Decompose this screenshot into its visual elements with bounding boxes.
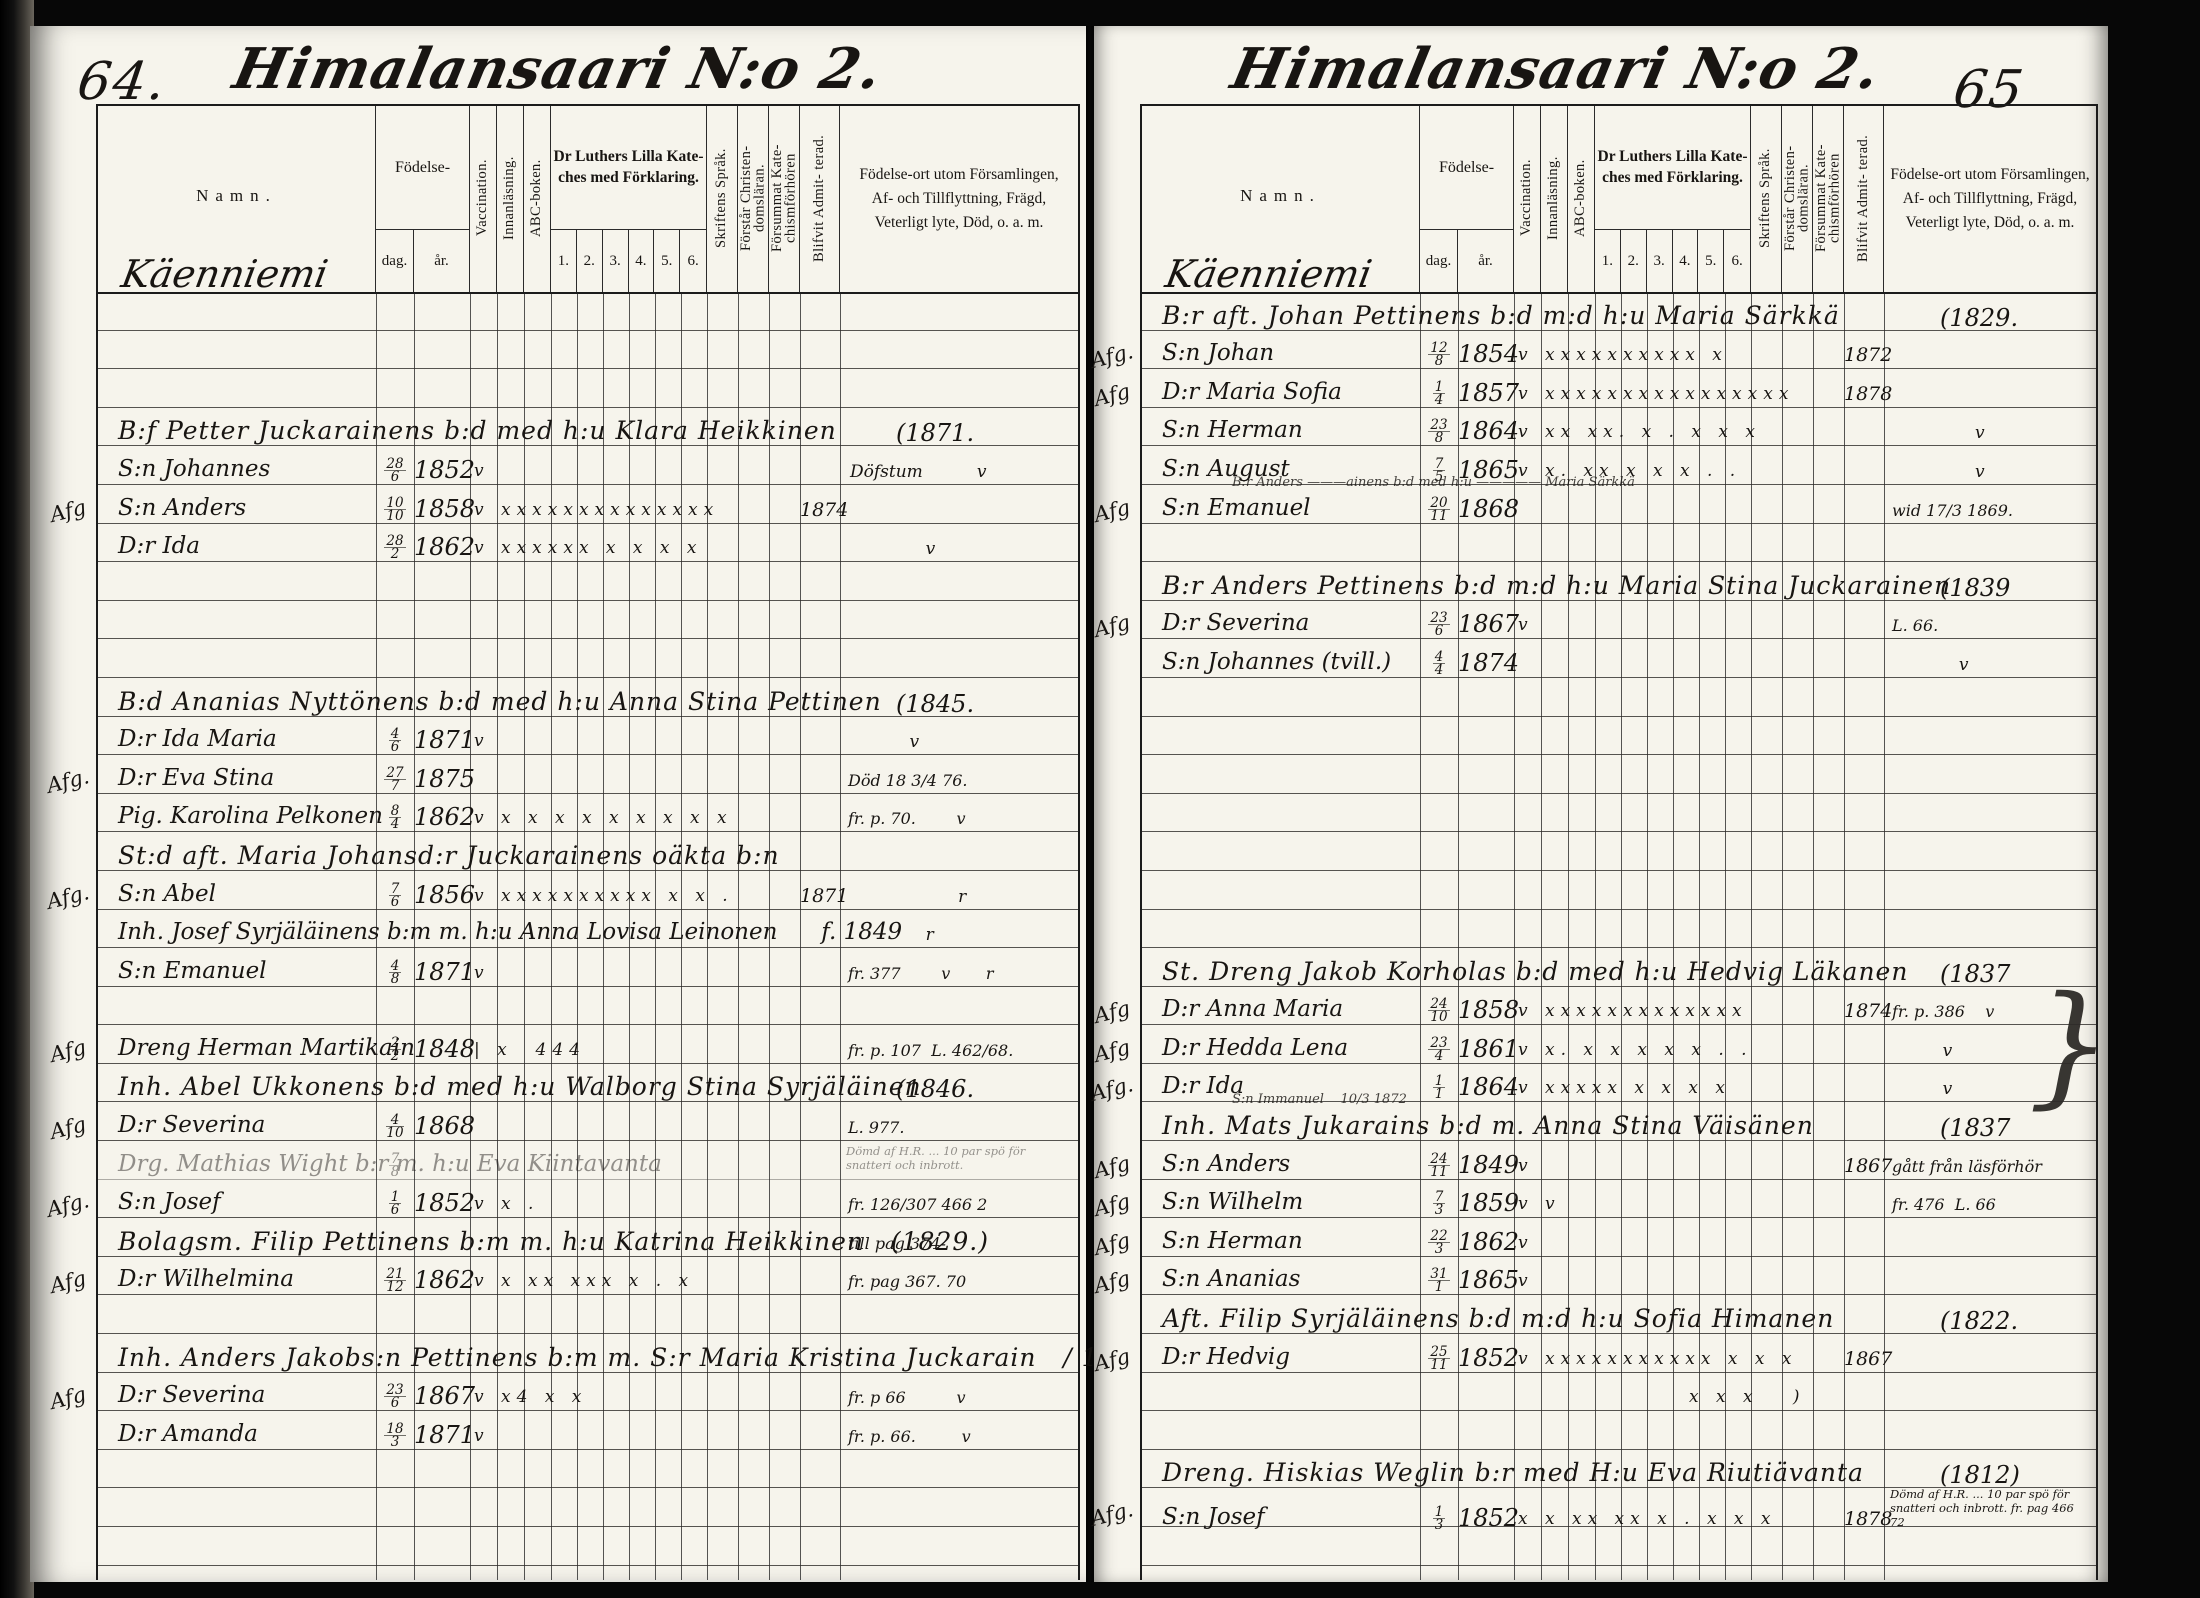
register-row bbox=[98, 987, 1078, 1026]
name-cell: S:n Johannes bbox=[98, 456, 376, 484]
header-kateches: Dr Luthers Lilla Kate-ches med Förklarin… bbox=[1595, 106, 1751, 292]
name-cell: S:n Anders bbox=[1142, 1151, 1420, 1179]
register-row bbox=[98, 1527, 1078, 1566]
register-row bbox=[98, 1566, 1078, 1598]
remarks-cell: (1822. bbox=[1884, 1310, 2096, 1333]
family-head-row: Bolagsm. Filip Pettinens b:m m. h:u Katr… bbox=[98, 1218, 1078, 1257]
remarks-cell: v bbox=[1884, 1078, 2096, 1101]
birth-year-cell: 1856 bbox=[414, 882, 470, 909]
admitted-year-cell: 1871 bbox=[800, 884, 840, 909]
birth-year-cell: 1854 bbox=[1458, 341, 1514, 368]
register-row: Pig. Karolina Pelkonen841862v x x x x x … bbox=[98, 794, 1078, 833]
remarks-cell: v bbox=[840, 538, 1078, 561]
table-body-left: B:f Petter Juckarainens b:d med h:u Klar… bbox=[98, 292, 1078, 1580]
register-row bbox=[98, 601, 1078, 640]
register-row: AfgS:n Emanuel20111868wid 17/3 1869.B:r … bbox=[1142, 485, 2096, 524]
remarks-cell: (1846. bbox=[840, 1078, 1078, 1101]
interline-note: S:n Immanuel 10/3 1872 bbox=[1232, 1092, 1407, 1107]
remarks-cell: L. 66. bbox=[1884, 615, 2096, 638]
name-cell: D:r Severina bbox=[1142, 610, 1420, 638]
admitted-year-cell: 1867 bbox=[1844, 1347, 1884, 1372]
register-row: S:n Emanuel481871vfr. 377 v r bbox=[98, 948, 1078, 987]
birth-day-cell: 236 bbox=[1420, 612, 1458, 638]
margin-note: Afg. bbox=[40, 763, 96, 799]
catechism-marks-cell: v bbox=[470, 961, 738, 986]
remarks-cell: fr. pag 367. 70 bbox=[840, 1271, 1078, 1294]
header-innanlasning: Innanläsning. bbox=[497, 106, 524, 292]
remarks-cell: fr. p. 386 v bbox=[1884, 1001, 2096, 1024]
page-title-left: Himalansaari N:o 2. bbox=[23, 36, 1093, 102]
catechism-marks-cell: v bbox=[470, 729, 738, 754]
interline-note: B:r Anders ———ainens b:d med h:u ————— M… bbox=[1232, 475, 1635, 490]
header-dag: dag. bbox=[1420, 230, 1458, 292]
admitted-year-cell: 1874 bbox=[800, 498, 840, 523]
register-row bbox=[1142, 1527, 2096, 1566]
register-row: AfgD:r Anna Maria24101858v xxxxxxxxxxxxx… bbox=[1142, 987, 2096, 1026]
header-namn: Namn. Käenniemi bbox=[1142, 106, 1420, 292]
birth-year-cell: 1871 bbox=[414, 959, 470, 986]
register-row: D:r Ida2821862v xxxxxx x x x x v bbox=[98, 524, 1078, 563]
name-cell: St. Dreng Jakob Korholas b:d med h:u Hed… bbox=[1142, 958, 1751, 986]
birth-year-cell: 1859 bbox=[1458, 1190, 1514, 1217]
name-cell: Drg. Mathias Wight b:r m. h:u Eva Kiinta… bbox=[98, 1151, 376, 1179]
remarks-cell: (1812) bbox=[1884, 1464, 2096, 1487]
name-cell: D:r Eva Stina bbox=[98, 765, 376, 793]
header-forstar: Förstår Christen- domsläran. bbox=[738, 106, 769, 292]
register-row bbox=[1142, 794, 2096, 833]
birth-year-cell: 1862 bbox=[414, 534, 470, 561]
remarks-cell: L. 977. bbox=[840, 1117, 1078, 1140]
birth-year-cell: 1875 bbox=[414, 766, 470, 793]
register-row: AfgS:n Herman2231862v bbox=[1142, 1218, 2096, 1257]
remarks-cell: wid 17/3 1869. bbox=[1884, 500, 2096, 523]
catechism-marks-cell: v xxxxxx x x x x bbox=[470, 536, 738, 561]
header-ar: år. bbox=[414, 230, 469, 292]
catechism-marks-cell: v xxxxxxxxxx x bbox=[1514, 343, 1782, 368]
catechism-marks-cell: v xxxxxxxxxxxxxxxx bbox=[1514, 382, 1782, 407]
name-cell: S:n Abel bbox=[98, 881, 376, 909]
name-cell: S:n Josef bbox=[98, 1189, 376, 1217]
family-head-row: Aft. Filip Syrjäläinens b:d m:d h:u Sofi… bbox=[1142, 1295, 2096, 1334]
header-notes: Födelse-ort utom Församlingen, Af- och T… bbox=[1884, 106, 2096, 292]
register-row: AfgS:n Ananias3111865v bbox=[1142, 1257, 2096, 1296]
catechism-marks-cell: v bbox=[1514, 1154, 1782, 1179]
name-cell: S:n Johannes (tvill.) bbox=[1142, 649, 1420, 677]
remarks-cell: (1845. bbox=[840, 693, 1078, 716]
catechism-marks-cell: v bbox=[1514, 1269, 1782, 1294]
remarks-cell: v bbox=[1884, 422, 2096, 445]
register-row bbox=[98, 369, 1078, 408]
register-row bbox=[1142, 717, 2096, 756]
remarks-cell: fr. p. 66. v bbox=[840, 1426, 1078, 1449]
register-row: S:n Herman2381864v xx xx. x . x x x v bbox=[1142, 408, 2096, 447]
register-row bbox=[1142, 524, 2096, 563]
header-innanlasning: Innanläsning. bbox=[1541, 106, 1568, 292]
birth-year-cell: 1852 bbox=[414, 457, 470, 484]
name-cell: D:r Wilhelmina bbox=[98, 1266, 376, 1294]
margin-note: Afg bbox=[40, 1265, 96, 1301]
remarks-cell: (1837 bbox=[1884, 1117, 2096, 1140]
header-skriftens: Skriftens Språk. bbox=[707, 106, 738, 292]
register-row bbox=[1142, 910, 2096, 949]
register-row: AfgDreng Herman Martikain221848| x 444fr… bbox=[98, 1025, 1078, 1064]
header-skriftens: Skriftens Språk. bbox=[1751, 106, 1782, 292]
birth-day-cell: 16 bbox=[376, 1191, 414, 1217]
table-body-right: } B:r aft. Johan Pettinens b:d m:d h:u M… bbox=[1142, 292, 2096, 1580]
birth-day-cell: 22 bbox=[376, 1037, 414, 1063]
catechism-marks-cell: v bbox=[1514, 613, 1782, 638]
header-forsummat: Försummat Kate- chismförhören bbox=[769, 106, 800, 292]
birth-day-cell: 2011 bbox=[1420, 497, 1458, 523]
namn-label: Namn. bbox=[1142, 186, 1419, 206]
birth-year-cell: 1857 bbox=[1458, 380, 1514, 407]
name-cell: D:r Hedda Lena bbox=[1142, 1035, 1420, 1063]
register-row: AfgS:n Anders10101858v xxxxxxxxxxxxxx187… bbox=[98, 485, 1078, 524]
name-cell: S:n Emanuel bbox=[98, 958, 376, 986]
birth-day-cell: 128 bbox=[1420, 342, 1458, 368]
name-cell: S:n Herman bbox=[1142, 1228, 1420, 1256]
catechism-marks-cell: v xxxxx x x x x bbox=[1514, 1076, 1782, 1101]
birth-day-cell: 1010 bbox=[376, 497, 414, 523]
right-page: 65 Himalansaari N:o 2. Namn. Käenniemi F… bbox=[1094, 26, 2108, 1582]
birth-day-cell: 11 bbox=[1420, 1075, 1458, 1101]
birth-day-cell: 234 bbox=[1420, 1037, 1458, 1063]
register-row bbox=[98, 331, 1078, 370]
birth-day-cell: 76 bbox=[376, 883, 414, 909]
header-vaccination: Vaccination. bbox=[470, 106, 497, 292]
register-row: Inh. Josef Syrjäläinens b:m m. h:u Anna … bbox=[98, 910, 1078, 949]
name-cell: S:n Emanuel bbox=[1142, 495, 1420, 523]
catechism-marks-cell: v x . bbox=[470, 1192, 738, 1217]
catechism-marks-cell: v xxxxxxxxxxx x x x bbox=[1514, 1347, 1782, 1372]
register-row: Afg.S:n Abel761856v xxxxxxxxxx x x .1871… bbox=[98, 871, 1078, 910]
remarks-cell: (1837 bbox=[1884, 963, 2096, 986]
birth-day-cell: 223 bbox=[1420, 1230, 1458, 1256]
margin-note: Afg bbox=[40, 493, 96, 529]
birth-year-cell: 1871 bbox=[414, 727, 470, 754]
header-blifvit-admitterad: Blifvit Admit- terad. bbox=[800, 106, 840, 292]
register-table-right: Namn. Käenniemi Födelse- dag. år. Vaccin… bbox=[1140, 104, 2098, 1580]
register-row: AfgS:n Wilhelm731859v vfr. 476 L. 66 bbox=[1142, 1180, 2096, 1219]
remarks-cell: Döfstum v bbox=[840, 461, 1078, 484]
register-row bbox=[1142, 832, 2096, 871]
name-cell: Bolagsm. Filip Pettinens b:m m. h:u Katr… bbox=[98, 1228, 707, 1256]
catechism-marks-cell: v x xx xxx x . x bbox=[470, 1269, 738, 1294]
remarks-cell: v bbox=[1884, 1040, 2096, 1063]
catechism-marks-cell: v bbox=[1514, 1231, 1782, 1256]
register-row: D:r Amanda1831871vfr. p. 66. v bbox=[98, 1411, 1078, 1450]
header-kateches: Dr Luthers Lilla Kate-ches med Förklarin… bbox=[551, 106, 707, 292]
birth-day-cell: 48 bbox=[376, 960, 414, 986]
family-head-row: St:d aft. Maria Johansd:r Juckarainens o… bbox=[98, 832, 1078, 871]
name-cell: S:n Wilhelm bbox=[1142, 1189, 1420, 1217]
birth-year-cell: 1867 bbox=[1458, 611, 1514, 638]
birth-year-cell: 1849 bbox=[1458, 1152, 1514, 1179]
birth-day-cell: 2411 bbox=[1420, 1153, 1458, 1179]
register-row: S:n Johannes2861852vDöfstum v bbox=[98, 446, 1078, 485]
remarks-cell: fr. 377 v r bbox=[840, 963, 1078, 986]
catechism-marks-cell: v x. x x x x x . . bbox=[1514, 1038, 1782, 1063]
family-surname: Käenniemi bbox=[118, 252, 331, 296]
register-row bbox=[98, 292, 1078, 331]
catechism-marks-cell: v v bbox=[1514, 1192, 1782, 1217]
header-abc-boken: ABC-boken. bbox=[1568, 106, 1595, 292]
birth-year-cell: 1864 bbox=[1458, 1074, 1514, 1101]
remarks-cell: fr. 126/307 466 2 bbox=[840, 1194, 1078, 1217]
birth-year-cell: 1858 bbox=[414, 496, 470, 523]
catechism-marks-cell: x x x ) bbox=[1514, 1385, 1782, 1410]
birth-year-cell: 1852 bbox=[1458, 1345, 1514, 1372]
catechism-marks-cell: v xxxxxxxxxxxxxx bbox=[470, 498, 738, 523]
remarks-cell: v bbox=[1884, 654, 2096, 677]
family-head-row: Inh. Abel Ukkonens b:d med h:u Walborg S… bbox=[98, 1064, 1078, 1103]
birth-year-cell: 1871 bbox=[414, 1422, 470, 1449]
name-cell: Dreng Herman Martikain bbox=[98, 1035, 376, 1063]
birth-day-cell: 2410 bbox=[1420, 998, 1458, 1024]
name-cell: St:d aft. Maria Johansd:r Juckarainens o… bbox=[98, 842, 707, 870]
header-ar: år. bbox=[1458, 230, 1513, 292]
name-cell: B:d Ananias Nyttönens b:d med h:u Anna S… bbox=[98, 688, 707, 716]
register-row: S:n Johannes (tvill.)441874 v bbox=[1142, 639, 2096, 678]
birth-year-cell: 1865 bbox=[1458, 1267, 1514, 1294]
remarks-cell: v bbox=[840, 731, 1078, 754]
register-row bbox=[98, 1450, 1078, 1489]
register-row bbox=[1142, 1566, 2096, 1598]
header-dag: dag. bbox=[376, 230, 414, 292]
name-cell: S:n Johan bbox=[1142, 340, 1420, 368]
family-head-row: B:r Anders Pettinens b:d m:d h:u Maria S… bbox=[1142, 562, 2096, 601]
remarks-cell: Dömd af H.R. ... 10 par spö för snatteri… bbox=[1884, 1488, 2096, 1531]
register-row: AfgD:r Severina2361867vL. 66. bbox=[1142, 601, 2096, 640]
catechism-marks-cell: v xx xx. x . x x x bbox=[1514, 420, 1782, 445]
birth-day-cell: 2112 bbox=[376, 1268, 414, 1294]
remarks-cell: (1829. bbox=[1884, 307, 2096, 330]
remarks-cell: (1839 bbox=[1884, 577, 2096, 600]
family-head-row: B:f Petter Juckarainens b:d med h:u Klar… bbox=[98, 408, 1078, 447]
birth-day-cell: 2511 bbox=[1420, 1346, 1458, 1372]
name-cell: Inh. Abel Ukkonens b:d med h:u Walborg S… bbox=[98, 1073, 707, 1101]
birth-day-cell: 44 bbox=[1420, 651, 1458, 677]
remarks-cell: r bbox=[840, 886, 1078, 909]
birth-day-cell: 236 bbox=[376, 1384, 414, 1410]
register-table-left: Namn. Käenniemi Födelse- dag. år. Vaccin… bbox=[96, 104, 1080, 1580]
catechism-marks-cell: | x 444 bbox=[470, 1038, 738, 1063]
birth-day-cell: 286 bbox=[376, 458, 414, 484]
catechism-marks-cell: v x4 x x bbox=[470, 1385, 738, 1410]
name-cell: Aft. Filip Syrjäläinens b:d m:d h:u Sofi… bbox=[1142, 1305, 1751, 1333]
remarks-cell: gått från läsförhör bbox=[1884, 1156, 2096, 1179]
register-row: AfgD:r Severina2361867v x4 x xfr. p 66 v bbox=[98, 1373, 1078, 1412]
birth-year-cell: 1862 bbox=[414, 804, 470, 831]
register-row: Afg.D:r Eva Stina2771875Död 18 3/4 76. bbox=[98, 755, 1078, 794]
birth-day-cell: 14 bbox=[1420, 381, 1458, 407]
name-cell: S:n Ananias bbox=[1142, 1266, 1420, 1294]
register-row: AfgD:r Wilhelmina21121862v x xx xxx x . … bbox=[98, 1257, 1078, 1296]
name-cell: D:r Maria Sofia bbox=[1142, 379, 1420, 407]
name-cell: D:r Hedvig bbox=[1142, 1344, 1420, 1372]
catechism-marks-cell: v bbox=[470, 1424, 738, 1449]
register-row bbox=[1142, 1411, 2096, 1450]
table-header-left: Namn. Käenniemi Födelse- dag. år. Vaccin… bbox=[98, 106, 1078, 294]
margin-note: Afg. bbox=[40, 879, 96, 915]
birth-year-cell: 1858 bbox=[1458, 997, 1514, 1024]
family-head-row: Inh. Anders Jakobs:n Pettinens b:m m. S:… bbox=[98, 1334, 1078, 1373]
margin-note: Afg. bbox=[40, 1187, 96, 1223]
namn-label: Namn. bbox=[98, 186, 375, 206]
register-row bbox=[98, 1295, 1078, 1334]
name-cell: Inh. Mats Jukarains b:d m. Anna Stina Vä… bbox=[1142, 1112, 1751, 1140]
catechism-marks-cell: v xxxxxxxxxx x x . bbox=[470, 884, 738, 909]
birth-year-cell: 1862 bbox=[1458, 1229, 1514, 1256]
register-row: Afg.S:n Josef161852v x .fr. 126/307 466 … bbox=[98, 1180, 1078, 1219]
name-cell: D:r Severina bbox=[98, 1382, 376, 1410]
family-head-row: Inh. Mats Jukarains b:d m. Anna Stina Vä… bbox=[1142, 1102, 2096, 1141]
family-surname: Käenniemi bbox=[1162, 252, 1375, 296]
name-cell: Inh. Josef Syrjäläinens b:m m. h:u Anna … bbox=[98, 919, 376, 947]
header-notes: Födelse-ort utom Församlingen, Af- och T… bbox=[840, 106, 1078, 292]
birth-day-cell: 277 bbox=[376, 767, 414, 793]
birth-day-cell: 73 bbox=[1420, 1191, 1458, 1217]
remarks-cell: Dömd af H.R. ... 10 par spö för snatteri… bbox=[840, 1145, 1078, 1175]
page-title-right: Himalansaari N:o 2. bbox=[1087, 36, 2115, 102]
birth-day-cell: 282 bbox=[376, 535, 414, 561]
header-namn: Namn. Käenniemi bbox=[98, 106, 376, 292]
remarks-cell: fr. p 66 v bbox=[840, 1387, 1078, 1410]
birth-day-cell: 78 bbox=[376, 1153, 414, 1179]
name-cell: D:r Ida Maria bbox=[98, 726, 376, 754]
remarks-cell: fr. p. 107 L. 462/68. bbox=[840, 1040, 1078, 1063]
register-row: AfgS:n Anders24111849v1867gått från läsf… bbox=[1142, 1141, 2096, 1180]
name-cell: Dreng. Hiskias Weglin b:r med H:u Eva Ri… bbox=[1142, 1459, 1751, 1487]
register-row: AfgD:r Severina4101868L. 977. bbox=[98, 1102, 1078, 1141]
register-row: Afg.S:n Josef131852x x xx xx x . x x x18… bbox=[1142, 1488, 2096, 1527]
name-cell: D:r Amanda bbox=[98, 1421, 376, 1449]
birth-year-cell: 1864 bbox=[1458, 418, 1514, 445]
birth-year-cell: 1867 bbox=[414, 1383, 470, 1410]
register-row: AfgD:r Hedvig25111852v xxxxxxxxxxx x x x… bbox=[1142, 1334, 2096, 1373]
page-seam bbox=[1086, 26, 1094, 1582]
birth-day-cell: 410 bbox=[376, 1114, 414, 1140]
left-page: 64. Himalansaari N:o 2. Namn. Käenniemi … bbox=[30, 26, 1086, 1582]
name-cell: Inh. Anders Jakobs:n Pettinens b:m m. S:… bbox=[98, 1344, 707, 1372]
register-row bbox=[1142, 755, 2096, 794]
admitted-year-cell: 1872 bbox=[1844, 343, 1884, 368]
header-forstar: Förstår Christen- domsläran. bbox=[1782, 106, 1813, 292]
name-cell: S:n Anders bbox=[98, 495, 376, 523]
admitted-year-cell: 1878 bbox=[1844, 382, 1884, 407]
header-fodelse: Födelse- dag. år. bbox=[376, 106, 470, 292]
header-abc-boken: ABC-boken. bbox=[524, 106, 551, 292]
register-row bbox=[1142, 678, 2096, 717]
family-head-row: B:d Ananias Nyttönens b:d med h:u Anna S… bbox=[98, 678, 1078, 717]
register-row: Drg. Mathias Wight b:r m. h:u Eva Kiinta… bbox=[98, 1141, 1078, 1180]
header-blifvit-admitterad: Blifvit Admit- terad. bbox=[1844, 106, 1884, 292]
admitted-year-cell: 1874 bbox=[1844, 999, 1884, 1024]
remarks-cell: v bbox=[1884, 461, 2096, 484]
birth-day-cell: 183 bbox=[376, 1423, 414, 1449]
name-cell: S:n Herman bbox=[1142, 417, 1420, 445]
name-cell: B:f Petter Juckarainens b:d med h:u Klar… bbox=[98, 417, 707, 445]
birth-day-cell: 238 bbox=[1420, 419, 1458, 445]
birth-day-cell: 46 bbox=[376, 728, 414, 754]
remarks-cell: fr. p. 70. v bbox=[840, 808, 1078, 831]
birth-year-cell: 1848 bbox=[414, 1036, 470, 1063]
book-scan: { "table_header": { "namn": "Namn.", "fo… bbox=[0, 0, 2200, 1598]
catechism-marks-cell: v x x x x x x x x x bbox=[470, 806, 738, 831]
birth-year-cell: 1868 bbox=[414, 1113, 470, 1140]
header-fodelse: Födelse- dag. år. bbox=[1420, 106, 1514, 292]
remarks-cell: (1871. bbox=[840, 422, 1078, 445]
register-row bbox=[98, 1488, 1078, 1527]
catechism-marks-cell: v xxxxxxxxxxxxx bbox=[1514, 999, 1782, 1024]
family-head-row: St. Dreng Jakob Korholas b:d med h:u Hed… bbox=[1142, 948, 2096, 987]
birth-day-cell: 311 bbox=[1420, 1268, 1458, 1294]
book-spine bbox=[0, 0, 34, 1598]
birth-year-cell: 1862 bbox=[414, 1267, 470, 1294]
margin-note: Afg bbox=[40, 1110, 96, 1146]
name-cell: D:r Anna Maria bbox=[1142, 996, 1420, 1024]
register-row: AfgD:r Hedda Lena2341861v x. x x x x x .… bbox=[1142, 1025, 2096, 1064]
name-cell: D:r Ida bbox=[98, 533, 376, 561]
name-cell: D:r Severina bbox=[98, 1112, 376, 1140]
birth-day-cell: 84 bbox=[376, 805, 414, 831]
register-row: x x x ) bbox=[1142, 1373, 2096, 1412]
family-head-row: B:r aft. Johan Pettinens b:d m:d h:u Mar… bbox=[1142, 292, 2096, 331]
birth-year-cell: 1874 bbox=[1458, 650, 1514, 677]
table-header-right: Namn. Käenniemi Födelse- dag. år. Vaccin… bbox=[1142, 106, 2096, 294]
admitted-year-cell: 1867 bbox=[1844, 1154, 1884, 1179]
name-cell: B:r Anders Pettinens b:d m:d h:u Maria S… bbox=[1142, 572, 1751, 600]
remarks-cell: till pag 374- bbox=[840, 1233, 1078, 1256]
register-row: D:r Ida Maria461871v v bbox=[98, 717, 1078, 756]
margin-note: Afg bbox=[40, 1033, 96, 1069]
birth-year-cell: 1868 bbox=[1458, 496, 1514, 523]
name-cell: B:r aft. Johan Pettinens b:d m:d h:u Mar… bbox=[1142, 302, 1751, 330]
family-head-row: Dreng. Hiskias Weglin b:r med H:u Eva Ri… bbox=[1142, 1450, 2096, 1489]
register-row bbox=[1142, 871, 2096, 910]
remarks-cell: Död 18 3/4 76. bbox=[840, 770, 1078, 793]
birth-year-cell: 1852 bbox=[414, 1190, 470, 1217]
register-row bbox=[98, 562, 1078, 601]
birth-year-cell: 1861 bbox=[1458, 1036, 1514, 1063]
register-row bbox=[98, 639, 1078, 678]
catechism-marks-cell: v bbox=[470, 459, 738, 484]
register-row: Afg.S:n Johan1281854v xxxxxxxxxx x1872 bbox=[1142, 331, 2096, 370]
register-row: AfgD:r Maria Sofia141857v xxxxxxxxxxxxxx… bbox=[1142, 369, 2096, 408]
remarks-cell: fr. 476 L. 66 bbox=[1884, 1194, 2096, 1217]
header-forsummat: Försummat Kate- chismförhören bbox=[1813, 106, 1844, 292]
name-cell: Pig. Karolina Pelkonen bbox=[98, 803, 376, 831]
header-vaccination: Vaccination. bbox=[1514, 106, 1541, 292]
remarks-cell: r bbox=[840, 924, 1078, 947]
margin-note: Afg bbox=[40, 1380, 96, 1416]
